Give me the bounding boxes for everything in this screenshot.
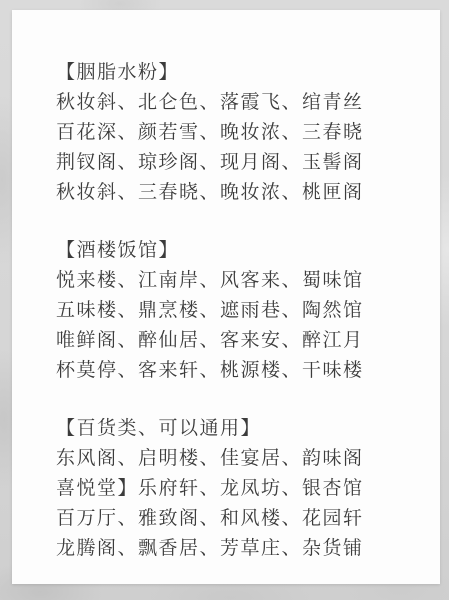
name-line: 东风阁、启明楼、佳宴居、韵味阁 (56, 444, 422, 474)
photo-background: 【胭脂水粉】 秋妆斜、北仑色、落霞飞、绾青丝 百花深、颜若雪、晚妆浓、三春晓 荆… (0, 0, 449, 600)
name-line: 喜悦堂】乐府轩、龙凤坊、银杏馆 (56, 474, 422, 504)
name-line: 秋妆斜、三春晓、晚妆浓、桃匣阁 (56, 178, 422, 208)
section-general-goods: 【百货类、可以通用】 东风阁、启明楼、佳宴居、韵味阁 喜悦堂】乐府轩、龙凤坊、银… (56, 414, 422, 564)
section-header-cosmetics: 【胭脂水粉】 (56, 58, 422, 88)
name-line: 杯莫停、客来轩、桃源楼、干味楼 (56, 356, 422, 386)
name-line: 龙腾阁、飘香居、芳草庄、杂货铺 (56, 534, 422, 564)
name-line: 悦来楼、江南岸、风客来、蜀味馆 (56, 266, 422, 296)
name-line: 五味楼、鼎烹楼、遮雨巷、陶然馆 (56, 296, 422, 326)
section-cosmetics: 【胭脂水粉】 秋妆斜、北仑色、落霞飞、绾青丝 百花深、颜若雪、晚妆浓、三春晓 荆… (56, 58, 422, 208)
section-header-restaurants: 【酒楼饭馆】 (56, 236, 422, 266)
document-page: 【胭脂水粉】 秋妆斜、北仑色、落霞飞、绾青丝 百花深、颜若雪、晚妆浓、三春晓 荆… (12, 10, 440, 584)
section-restaurants: 【酒楼饭馆】 悦来楼、江南岸、风客来、蜀味馆 五味楼、鼎烹楼、遮雨巷、陶然馆 唯… (56, 236, 422, 386)
name-line: 荆钗阁、琼珍阁、现月阁、玉髻阁 (56, 148, 422, 178)
name-line: 唯鲜阁、醉仙居、客来安、醉江月 (56, 326, 422, 356)
name-line: 百万厅、雅致阁、和风楼、花园轩 (56, 504, 422, 534)
page-content: 【胭脂水粉】 秋妆斜、北仑色、落霞飞、绾青丝 百花深、颜若雪、晚妆浓、三春晓 荆… (12, 10, 440, 564)
section-header-general-goods: 【百货类、可以通用】 (56, 414, 422, 444)
name-line: 百花深、颜若雪、晚妆浓、三春晓 (56, 118, 422, 148)
name-line: 秋妆斜、北仑色、落霞飞、绾青丝 (56, 88, 422, 118)
